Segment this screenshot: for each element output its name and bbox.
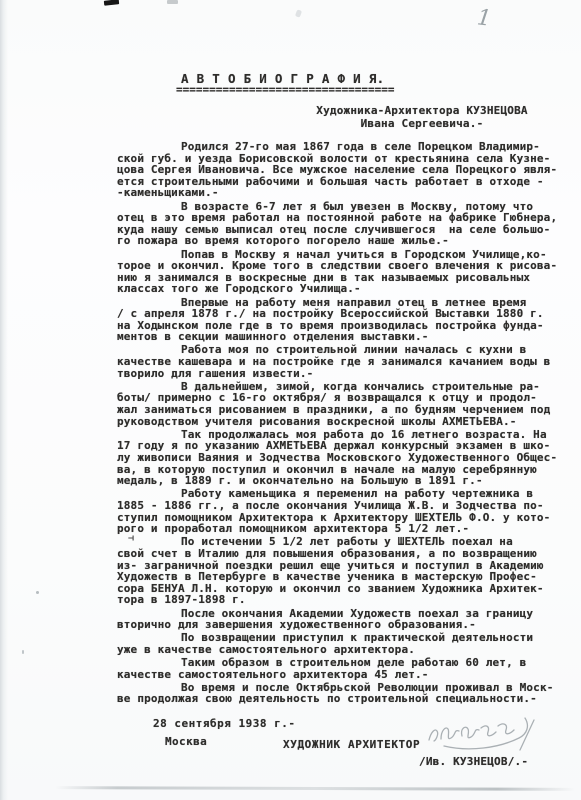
paragraph: Работу каменьщика я переменил на работу … — [117, 488, 569, 534]
scan-artifact-smudge — [295, 9, 302, 17]
text-line: жал заниматься рисованием в праздники, а… — [117, 404, 569, 416]
subtitle-line-1: Художника-Архитектора КУЗНЕЦОВА — [311, 105, 533, 118]
text-line: лу живописи Ваяния и Зодчества Московско… — [117, 452, 569, 464]
paragraph: По истечении 5 1/2 лет работы у ШЕХТЕЛЬ … — [117, 536, 569, 606]
text-line: Художеств в Петербурге в качестве ученик… — [117, 571, 569, 583]
text-line: рого и проработал помощником архитектора… — [117, 523, 569, 535]
title-underline: ================================= — [176, 83, 395, 96]
text-line: го пожара во время которого погорело наш… — [117, 235, 569, 247]
text-line: классах того же Городского Училища.- — [117, 283, 569, 295]
paragraph: Родился 27-го мая 1867 года в селе Порец… — [117, 141, 569, 199]
typed-signature: /Ив. КУЗНЕЦОВ/.- — [419, 755, 528, 768]
text-line: -каменьщиками.- — [117, 187, 569, 199]
text-line: / с апреля 1878 г./ на постройку Всеросс… — [117, 308, 569, 320]
text-line: 1885 - 1886 гг., а после окончания Учили… — [117, 500, 569, 512]
footer-role-line: ХУДОЖНИК АРХИТЕКТОР — [283, 738, 420, 751]
paragraph: Впервые на работу меня направил отец в л… — [117, 297, 569, 343]
text-line: Таким образом в строительном деле работа… — [117, 657, 569, 669]
paragraph: Таким образом в строительном деле работа… — [117, 657, 569, 680]
scanned-document-page: 1 А В Т О Б И О Г Р А Ф И Я. ===========… — [0, 0, 581, 800]
paragraph: Во время и после Октябрьской Революции п… — [117, 682, 569, 705]
text-line: вторично для завершения художественного … — [117, 619, 569, 631]
text-line: качестве кашевара и на постройке где я з… — [117, 356, 569, 368]
paragraph: Так продолжалась моя работа до 16 летнег… — [117, 429, 569, 487]
paragraph: Работа моя по строительной линии началас… — [117, 344, 569, 379]
text-line: качестве самостоятельного архитектора 45… — [117, 669, 569, 681]
scan-artifact-speck — [36, 591, 39, 594]
paper-left-edge-shadow — [0, 0, 8, 800]
text-line: тора в 1897-1898 г. — [117, 594, 569, 606]
text-line: свой счет в Италию для повышения образов… — [117, 548, 569, 560]
paragraph: Попав в Москву я начал учиться в Городск… — [117, 249, 569, 295]
scan-artifact-speck — [22, 650, 24, 654]
scan-artifact-mark — [167, 0, 178, 4]
footer-city: Москва — [165, 735, 207, 748]
paragraph: По возвращении приступил к практической … — [117, 632, 569, 655]
paragraph: В дальнейшем, зимой, когда кончались стр… — [117, 381, 569, 427]
text-line: творило для гашения извести.- — [117, 368, 569, 380]
paragraph: После окончания Академии Художеств поеха… — [117, 608, 569, 631]
document-body: Родился 27-го мая 1867 года в селе Порец… — [117, 141, 569, 707]
handwritten-page-number: 1 — [476, 7, 493, 31]
text-line: Родился 27-го мая 1867 года в селе Порец… — [117, 141, 569, 153]
text-line: медаль, в 1889 г. и окончательно на Боль… — [117, 475, 569, 487]
text-line: отец в это время работал на постоянной р… — [117, 212, 569, 224]
paragraph: В возрасте 6-7 лет я был увезен в Москву… — [117, 201, 569, 247]
text-line: ве продолжая свою деятельность по строит… — [117, 693, 569, 705]
scan-artifact-mark — [104, 0, 119, 6]
text-line: руководством учителя рисования воскресно… — [117, 416, 569, 428]
footer-date: 28 сентября 1938 г.- — [153, 717, 295, 730]
scan-artifact-bottom-line — [55, 786, 575, 791]
document-subtitle: Художника-Архитектора КУЗНЕЦОВА Ивана Се… — [311, 105, 533, 130]
text-line: ментов в секции машинного отделения выст… — [117, 331, 569, 343]
pencil-margin-mark: ⊣ — [128, 534, 134, 543]
subtitle-line-2: Ивана Сергеевича.- — [311, 118, 533, 131]
text-line: торое и окончил. Кроме того в следствии … — [117, 260, 569, 272]
text-line: уже в качестве самостоятельного архитект… — [117, 644, 569, 656]
